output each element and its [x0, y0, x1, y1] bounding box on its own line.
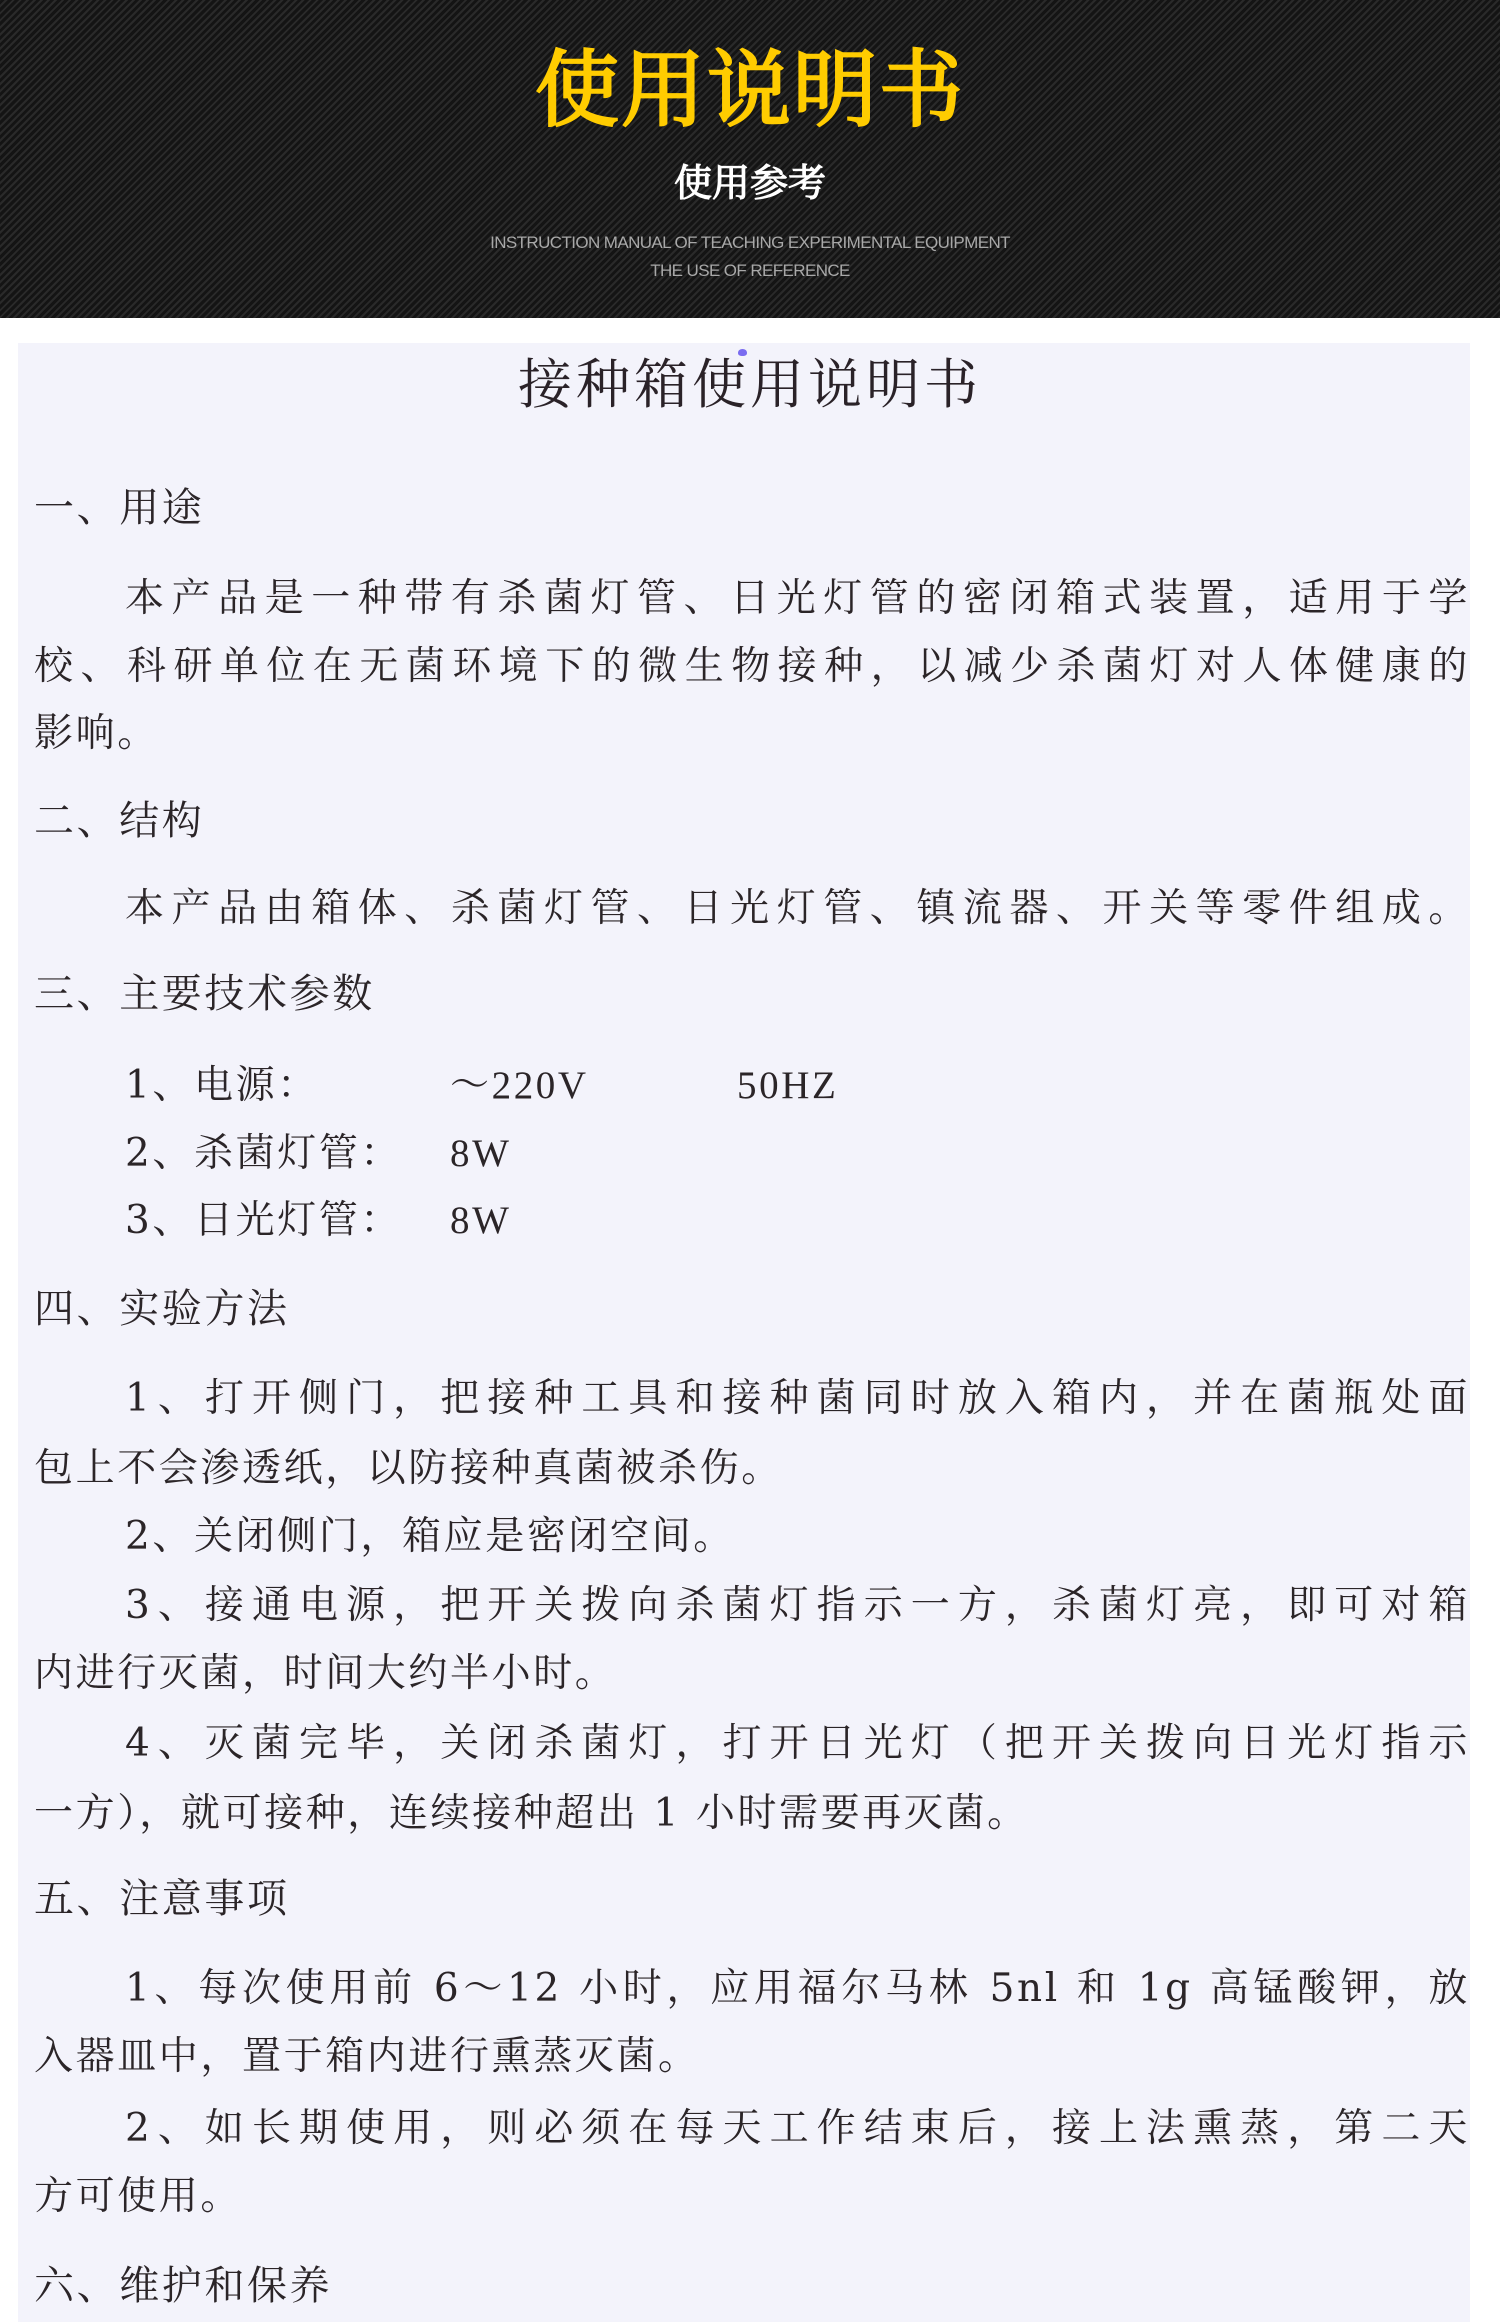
- banner-subtitle: 使用参考: [0, 160, 1500, 206]
- spec-value-fluorescent-lamp: 8W: [450, 1193, 512, 1249]
- paragraph-line: 一方），就可接种，连续接种超出 1 小时需要再灭菌。: [34, 1786, 1029, 1842]
- banner-english-line-1: INSTRUCTION MANUAL OF TEACHING EXPERIMEN…: [0, 232, 1500, 254]
- section-heading-structure: 二、结构: [34, 793, 204, 849]
- section-heading-method: 四、实验方法: [34, 1281, 290, 1337]
- paragraph-line: 包上不会渗透纸，以防接种真菌被杀伤。: [34, 1441, 783, 1497]
- spec-label-fluorescent-lamp: 3、日光灯管：: [125, 1193, 402, 1249]
- paragraph-line: 入器皿中，置于箱内进行熏蒸灭菌。: [34, 2029, 700, 2085]
- paragraph-line: 本产品是一种带有杀菌灯管、日光灯管的密闭箱式装置，适用于学: [125, 571, 1470, 627]
- section-heading-purpose: 一、用途: [34, 480, 204, 536]
- paragraph-line: 1、打开侧门，把接种工具和接种菌同时放入箱内，并在菌瓶处面: [125, 1371, 1470, 1427]
- banner-title: 使用说明书: [0, 40, 1500, 140]
- spec-value-voltage: ～220V: [450, 1058, 589, 1114]
- document-title: 接种箱使用说明书: [0, 345, 1500, 425]
- banner-english-line-2: THE USE OF REFERENCE: [0, 260, 1500, 282]
- spec-value-germicidal-lamp: 8W: [450, 1126, 512, 1182]
- section-heading-notes: 五、注意事项: [34, 1871, 290, 1927]
- section-heading-maintenance: 六、维护和保养: [34, 2258, 332, 2314]
- paragraph-line: 1、每次使用前 6～12 小时，应用福尔马林 5nl 和 1g 高锰酸钾，放: [125, 1961, 1470, 2017]
- spec-label-power: 1、电源：: [125, 1058, 319, 1114]
- banner-header: 使用说明书 使用参考 INSTRUCTION MANUAL OF TEACHIN…: [0, 0, 1500, 318]
- paragraph-line: 3、接通电源，把开关拨向杀菌灯指示一方，杀菌灯亮，即可对箱: [125, 1578, 1470, 1634]
- spec-label-germicidal-lamp: 2、杀菌灯管：: [125, 1126, 402, 1182]
- paragraph-line: 影响。: [34, 706, 159, 762]
- paragraph-line: 方可使用。: [34, 2169, 242, 2225]
- paragraph-line: 2、如长期使用，则必须在每天工作结束后，接上法熏蒸，第二天: [125, 2101, 1470, 2157]
- paragraph-line: 内进行灭菌，时间大约半小时。: [34, 1646, 616, 1702]
- ink-mark-icon: [738, 349, 747, 356]
- section-heading-specs: 三、主要技术参数: [34, 966, 375, 1022]
- spec-value-frequency: 50HZ: [737, 1058, 838, 1114]
- paragraph-line: 校、科研单位在无菌环境下的微生物接种，以减少杀菌灯对人体健康的: [34, 639, 1470, 695]
- paragraph-line: 本产品由箱体、杀菌灯管、日光灯管、镇流器、开关等零件组成。: [125, 881, 1470, 937]
- paragraph-line: 2、关闭侧门，箱应是密闭空间。: [125, 1509, 735, 1565]
- paragraph-line: 4、灭菌完毕，关闭杀菌灯，打开日光灯（把开关拨向日光灯指示: [125, 1716, 1470, 1772]
